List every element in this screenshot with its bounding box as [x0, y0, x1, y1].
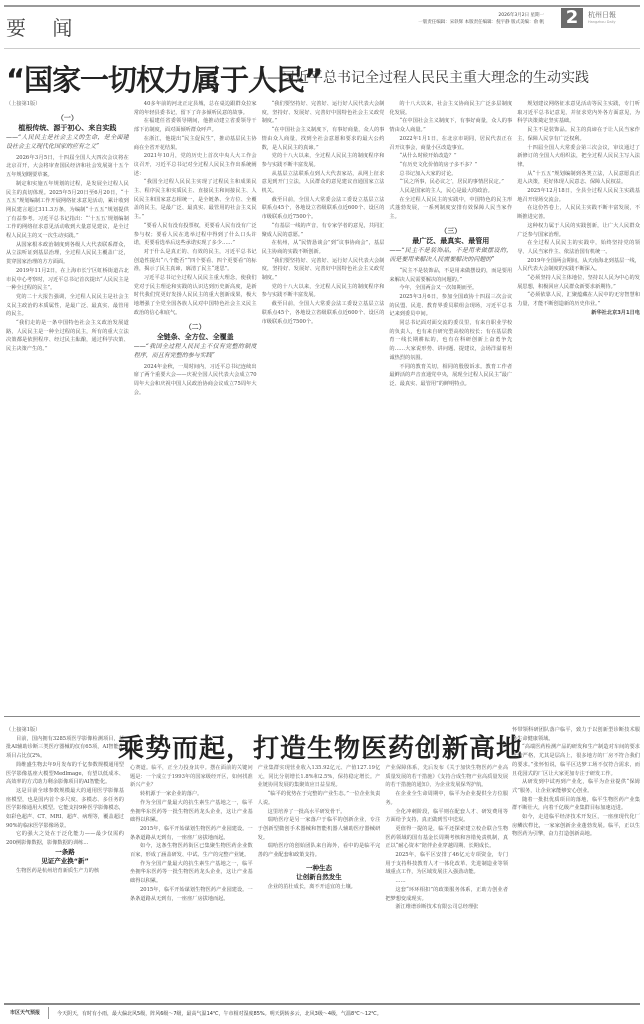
paragraph: “我们走的是一条中国特色社会主义政治发展道路，人民民主是一种全过程的民主，所有的…	[6, 319, 129, 354]
paragraph: 从基层立法联系点到人大代表家站，从网上征求意见到开门立法，人民群众的意见建议直通…	[262, 170, 385, 196]
article2-left-column: （上接第1版） 目前，国内拥有3285项医学影像检测项目，获批AI辅助诊断三类医…	[6, 726, 124, 996]
paragraph: 2019年11月2日，在上海市长宁区虹桥街道古北市民中心考察时，习近平总书记首次…	[6, 267, 129, 293]
masthead-meta: 2026年3月2日 星期一 一版责任编辑：宋轶辉 本版责任编辑：倪宇静 版式美编…	[418, 12, 544, 26]
paragraph: 2024年金秋，一周时间内，习近平总书记连续出席了两个重要大会——庆祝全国人民代…	[134, 363, 257, 398]
subhead-subtitle: 让创新自然发生	[258, 873, 381, 883]
paragraph: 企业的茁壮成长，离不开适宜的土壤。	[258, 883, 381, 892]
paragraph: 从国家根本政治制度到各级人大代表联系群众，从立法听证到基层治理，全过程人民民主覆…	[6, 241, 129, 267]
paragraph: “有基层一线的声音，有专家学者的意见，共同汇聚成人民的意愿。”	[262, 222, 385, 239]
paragraph: “在中国社会主义制度下，有事好商量，众人的事情由众人商量。”	[389, 117, 512, 134]
paragraph: 简维盛生物去年9月发布的千亿参数规模通用型医学影像基座大模型Medlmage，有…	[6, 761, 124, 787]
paragraph: 不同的教育关切，相同的殷殷诉求。教育工作者最鲜活的声音直通党中央，展现全过程人民…	[389, 363, 512, 389]
section-title: 要 闻	[6, 12, 82, 41]
paragraph: 习近平总书记全过程人民民主重大理念，使我们党对于民主理论和实践的认识达到历史新高…	[134, 274, 257, 318]
article1-subtitle: ——习近平总书记全过程人民民主重大理念的生动实践	[253, 67, 589, 87]
editors-line: 一版责任编辑：宋轶辉 本版责任编辑：倪宇静 版式美编：俞 帆	[418, 19, 544, 26]
newspaper-logo-en: Hangzhou Daily	[588, 20, 616, 24]
issue-date: 2026年3月2日 星期一	[418, 12, 544, 19]
paragraph: 在全过程人民民主的实践中，始终坚持党的领导、人民当家作主、依法治国有机统一。	[517, 239, 640, 256]
paragraph: 目前，国内拥有3285项医学影像检测项目，获批AI辅助诊断三类医疗器械的仅有65…	[6, 735, 124, 761]
paragraph: 全化冲刺阶段，临平则在配套人才、研发费用等方面给予支持，真正做到雪中送炭。	[385, 808, 508, 825]
paragraph: 这套“环环相扣”的政策服务体系，正助力创业者把梦想变成现实。	[385, 886, 508, 903]
paragraph: “民主不是装饰品，不是用来做摆设的，而是要用来解决人民需要解决的问题的。”	[389, 267, 512, 284]
paragraph: “要看人民有没有投票权，更要看人民有没有广泛参与权；要看人民在选举过程中得到了什…	[134, 222, 257, 248]
paragraph: “必须依靠人民，汇聚蕴藏在人民中的无穷智慧和力量，才能不断创造新的历史伟业。”	[517, 291, 640, 308]
paragraph: “我们要坚持好、完善好、运行好人民代表大会制度，坚持好、发展好、完善好中国特色社…	[262, 257, 385, 283]
paragraph: 这里培养了一批高水平研发骨干。	[258, 808, 381, 817]
subhead-title: 一种生态	[258, 864, 381, 874]
section-quote: ——“我国全过程人民民主不仅有完整的制度程序，而且有完整的参与实践”	[134, 342, 257, 360]
paragraph: 2025年12月18日，全县全过程人民民主实践基地召开现场交流会。	[517, 187, 640, 204]
paragraph: 今年，全国两会又一次如期而至。	[389, 284, 512, 293]
paragraph: 2022年1月1日，在北京市胡同，居民代表正在召开议事会，商量小区改造事宜。	[389, 135, 512, 152]
article2-column-2: 产业集群实现营业收入135.92亿元、产值127.19亿元，同比分别增长1.8%…	[258, 764, 381, 996]
paragraph: 党的十八大以来，全过程人民民主的制度程序和参与实践不断丰富发展。	[262, 152, 385, 169]
paragraph: 2015年，临平开始谋划生物医药产业园建设。一条条道路从无到有，一座座厂房拔地而…	[130, 886, 253, 903]
subhead-title: 一条路	[6, 848, 124, 858]
section-number: （二）	[134, 322, 257, 332]
paragraph: 瑞哈医疗是另一家落户于临平的创新企业，专注于创新型微创手术器械和智能机器人辅助医…	[258, 816, 381, 842]
section-number: （三）	[389, 226, 512, 236]
masthead: 要 闻 2026年3月2日 星期一 一版责任编辑：宋轶辉 本版责任编辑：倪宇静 …	[0, 0, 644, 50]
paragraph: 人民是国家的主人，民心是最大的政治。	[389, 187, 512, 196]
paragraph: “高端医药检测产品的研发和生产制造对车间的要求比较严格，尤其是层高上，很多地方的…	[512, 743, 640, 778]
article1-byline: 新华社北京3月1日电	[517, 309, 640, 318]
paragraph: 2025年，临平区安排了46亿元专项资金，专门用于支持科技教育人才一体化改革、先…	[385, 851, 508, 877]
paragraph: 2025年3月6日，参加全国政协十四届三次会议的民盟、民进、教育界委员联组会现场…	[389, 293, 512, 319]
section-quote: ——“民主不是装饰品，不是用来做摆设的，而是要用来解决人民需要解决的问题的”	[389, 246, 512, 264]
paragraph: 浙江维谱诊断技术有限公司总经理张	[385, 903, 508, 912]
paragraph: 从研发到中试再到产业化，临平为企业提供“保姆式”服务，让企业家能够安心创业。	[512, 778, 640, 795]
section-quote: ——“人民民主是社会主义的生命，是全面建设社会主义现代化国家的应有之义”	[6, 133, 129, 151]
article2-column-1: 心赛道。临平，正全力投身其中。摆在面前的关键问题是：一个成立于1993年的国家级…	[130, 764, 253, 996]
paragraph: 2026年3月5日，十四届全国人大四次会议将在北京召开，大会将审查国民经济和社会…	[6, 154, 129, 180]
paragraph: 在全过程人民民主的实践中，中国特色的民主形式蓬勃发展，一系列制度安排有效保障人民…	[389, 196, 512, 222]
paragraph: 更值得一提的是，临平还探索建立校企联合生物医药领域的国有基金长周期考核和容错免责…	[385, 825, 508, 851]
paragraph: 十四届全国人大常委会第三次会议，审议通过了新修订的全国人大组织法，把全过程人民民…	[517, 144, 640, 170]
paragraph: “有历史文化价值的房子多不多？”	[389, 161, 512, 170]
section-title: 最广泛、最真实、最管用	[389, 236, 512, 246]
paragraph: 如今，走进临平经济技术开发区，一座座现代化厂房鳞次栉比，一家家创新企业蓬勃发展。…	[512, 813, 640, 839]
paragraph: 这是目前全球参数规模最大的通用医学影像基座模型，也是国内首个多尺度、多模态、多任…	[6, 787, 124, 831]
article1-column-5: 规划建议网络征求意见活动等民主实践，专门听取习近平总书记意见，并征求党内外各方面…	[517, 100, 640, 720]
paragraph: 瑞哈医疗的创始团队来自海外，看中的是临平完善的产业配套和政策支持。	[258, 842, 381, 859]
masthead-top-rule	[4, 5, 640, 7]
masthead-bottom-rule	[4, 48, 640, 49]
paragraph: 2015年，临平开始谋划生物医药产业园建设。一条条道路从无到有，一座座厂房拔地而…	[130, 825, 253, 842]
paragraph: 2019年全国两会期间，从天南海北到基层一线，人民代表大会制度的实践不断深入。	[517, 257, 640, 274]
weather-text: 今天阴天，有时有小雨，最大偏北风5级，阵风6级～7级，最高气温14℃，午市相对湿…	[57, 1010, 382, 1017]
article1-body: （上接第1版） （一） 植根传统、源于初心、来自实践 ——“人民民主是社会主义的…	[6, 100, 640, 720]
paragraph: 截至目前，全国人大常委会法工委设立基层立法联系点45个，各地设立省级联系点近60…	[262, 300, 385, 326]
paragraph: 党的十八大以来，全过程人民民主的制度程序和参与实践不断丰富发展。	[262, 283, 385, 300]
section-title: 植根传统、源于初心、来自实践	[6, 123, 129, 133]
paragraph: 作为全国产量最大的抗生素生产基地之一，临平坐拥华东医药等一批生物医药龙头企业，这…	[130, 860, 253, 886]
paragraph: “‘民之所事，民必议之’，居民的事情居民定。”	[389, 178, 512, 187]
paragraph: 在福建任省委领导期间，他推动建立省委领导干部下访制度，面对面倾听群众呼声。	[134, 117, 257, 134]
article1-column-3: “我们要坚持好、完善好、运行好人民代表大会制度，坚持好、发展好、完善好中国特色社…	[262, 100, 385, 720]
paragraph: 总书记加入大家的讨论。	[389, 170, 512, 179]
paragraph: “从什么时候开始改造？”	[389, 152, 512, 161]
paragraph: 同总书记面对面交流的委员里，有来自职业学校的负责人，也有来自研究型高校的校长；有…	[389, 319, 512, 363]
paragraph: 如今，这条生物医药街区已集聚生物医药企业数百家，形成了涵盖研发、中试、生产的完整…	[130, 842, 253, 859]
paragraph: 规划建议网络征求意见活动等民主实践，专门听取习近平总书记意见，并征求党内外各方面…	[517, 100, 640, 126]
article2-column-3: 产业保障体系，先后发布《关于加快生物医药产业高质量发展的若干措施》《支持合成生物…	[385, 764, 508, 996]
newspaper-logo: 杭州日報	[588, 10, 616, 20]
paragraph: 在这份答卷上，人民民主实践不断丰富发展，不断推进完善。	[517, 204, 640, 221]
paragraph: 截至目前，全国人大常委会法工委设立基层立法联系点45个，各地设立省级联系点近60…	[262, 196, 385, 222]
article1-column-4: 的十八大以来，社会主义协商民主广泛多层制度化发展。 “在中国社会主义制度下，有事…	[389, 100, 512, 720]
paragraph: “在中国社会主义制度下，有事好商量，众人的事情由众人商量，找到全社会意愿和要求的…	[262, 126, 385, 152]
weather-label: 市区天气预报	[4, 1007, 49, 1019]
paragraph: 产业保障体系，先后发布《关于加快生物医药产业高质量发展的若干措施》《支持合成生物…	[385, 764, 508, 790]
article1-column-1: （上接第1版） （一） 植根传统、源于初心、来自实践 ——“人民民主是社会主义的…	[6, 100, 129, 720]
article2-headline: 乘势而起，打造生物医药创新高地	[118, 728, 523, 765]
continued-note: （上接第1版）	[6, 726, 124, 735]
paragraph: 心赛道。临平，正全力投身其中。摆在面前的关键问题是：一个成立于1993年的国家级…	[130, 764, 253, 790]
paragraph: 在浙江，他提出“民主促民生”，推动基层民主协商在全省开花结果。	[134, 135, 257, 152]
paragraph: 2021年10月，党的历史上首次中央人大工作会议召开，习近平总书记对全过程人民民…	[134, 152, 257, 178]
article2-body: 心赛道。临平，正全力投身其中。摆在面前的关键问题是：一个成立于1993年的国家级…	[130, 764, 508, 996]
paragraph: 对于什么是真正的、有效的民主，习近平总书记创造性提出“八个能否”“四个要看、四个…	[134, 248, 257, 274]
section-title: 全链条、全方位、全覆盖	[134, 332, 257, 342]
continued-note: （上接第1版）	[6, 100, 129, 109]
subhead-subtitle: 见证产业换“新”	[6, 857, 124, 867]
paragraph: “我国全过程人民民主实现了过程民主和成果民主、程序民主和实质民主、直接民主和间接…	[134, 178, 257, 222]
paragraph: 制定和实施五年规划的过程，是发展全过程人民民主的真切体现。2025年5月20日至…	[6, 180, 129, 241]
paragraph: 从“十五五”规划编制到各类立法，人民意愿真正进入决策，更好体现人民意志、保障人民…	[517, 170, 640, 187]
page-number: 2	[561, 8, 583, 28]
weather-bar: 市区天气预报 今天阴天，有时有小雨，最大偏北风5级，阵风6级～7级，最高气温14…	[4, 1003, 640, 1021]
paragraph: 在企业全生命周期中，临平为企业提供全方位服务。	[385, 790, 508, 807]
paragraph: 在杭州，从“民情恳谈会”到“议事协商会”，基层民主协商的实践不断创新。	[262, 239, 385, 256]
section-number: （一）	[6, 113, 129, 123]
paragraph: 怀带领科研团队落户临平，致力于以创新型诊断技术服务生命健康领域。	[512, 726, 640, 743]
paragraph: 作为全国产量最大的抗生素生产基地之一，临平坐拥华东医药等一批生物医药龙头企业，这…	[130, 799, 253, 825]
paragraph: 党的二十大报告强调，全过程人民民主是社会主义民主政治的本质属性，是最广泛、最真实…	[6, 293, 129, 319]
paragraph: 它的强大之处在于泛化能力——最少仅需约200例影像数据，影像数据的训练...	[6, 830, 124, 847]
paragraph: 转机源于一家企业的落户。	[130, 790, 253, 799]
paragraph: “我们要坚持好、完善好、运行好人民代表大会制度，坚持好、发展好、完善好中国特色社…	[262, 100, 385, 126]
paragraph: 民主不是装饰品。民主的真谛在于让人民当家作主，保障人民享有广泛权利。	[517, 126, 640, 143]
article-divider	[4, 716, 640, 717]
paragraph: “必须坚持人民主体地位，坚持以人民为中心的发展思想，积极回应人民群众新要求新期待…	[517, 274, 640, 291]
paragraph: 这种权力属于人民的实践创新，让广大人民群众广泛参与国家治理。	[517, 222, 640, 239]
paragraph: ……	[385, 877, 508, 886]
article2-right-column: 怀带领科研团队落户临平，致力于以创新型诊断技术服务生命健康领域。 “高端医药检测…	[512, 726, 640, 996]
paragraph: 40多年前的河北正定县城，总在桌边跟群众拉家常的年轻县委书记，留下了许多倾听民意…	[134, 100, 257, 117]
paragraph: 生物医药是杭州培育新质生产力的核	[6, 867, 124, 876]
paragraph: “临平的优势在于完整的产业生态。”一位企业负责人说。	[258, 790, 381, 807]
article1-column-2: 40多年前的河北正定县城，总在桌边跟群众拉家常的年轻县委书记，留下了许多倾听民意…	[134, 100, 257, 720]
paragraph: 的十八大以来，社会主义协商民主广泛多层制度化发展。	[389, 100, 512, 117]
paragraph: 随着一批批优质项目的落地，临平生物医药产业集群不断壮大，向着千亿级产业集群目标加…	[512, 796, 640, 813]
paragraph: 产业集群实现营业收入135.92亿元、产值127.19亿元，同比分别增长1.8%…	[258, 764, 381, 790]
